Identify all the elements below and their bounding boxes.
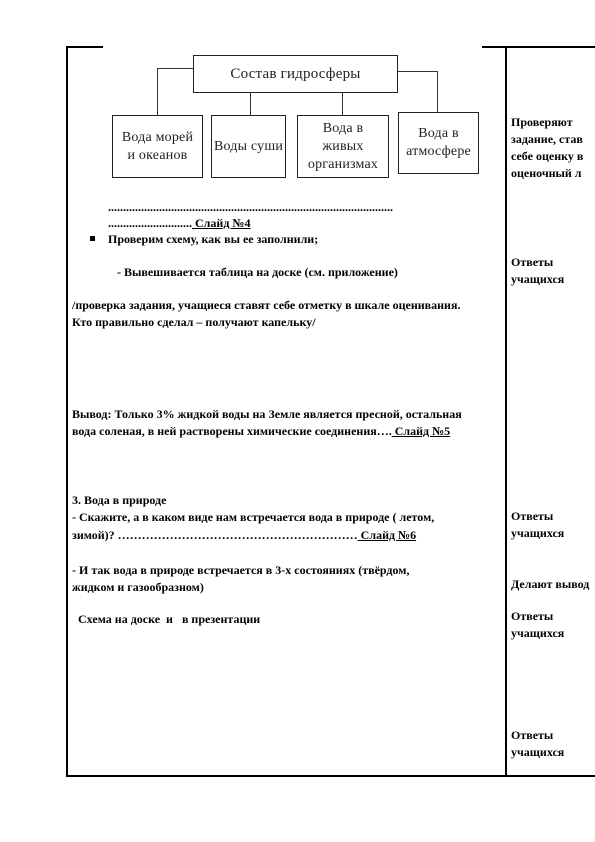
dots-line: ........................................… [108,199,393,216]
side-note-student-answers: Ответы учащихся [511,254,564,288]
diagram-box-label: Вода в живых организмах [301,120,385,174]
side-note-checking: Проверяют задание, став себе оценку в оц… [511,114,583,182]
diagram-title-box: Состав гидросферы [193,55,398,93]
document-page: Состав гидросферы Вода морей и океанов В… [0,0,595,842]
diagram-box-land-waters: Воды суши [211,115,286,178]
diagram-box-living-organisms: Вода в живых организмах [297,115,389,178]
states-line-1: - И так вода в природе встречается в 3-х… [72,562,409,579]
question-line-1: - Скажите, а в каком виде нам встречаетс… [72,509,434,526]
conclusion-label: Вывод: [72,407,112,421]
side-note-line: себе оценку в [511,148,583,165]
side-note-line: учащихся [511,744,564,761]
side-note-conclusion: Делают вывод [511,576,589,593]
dots-text: ........................................… [108,200,393,214]
conclusion-line-1: Вывод: Только 3% жидкой воды на Земле яв… [72,406,462,423]
side-note-student-answers: Ответы учащихся [511,727,564,761]
hang-table-text: - Вывешивается таблица на доске (см. при… [117,264,398,281]
scheme-text: Схема на доске и в презентации [72,611,260,628]
diagram-box-seas: Вода морей и океанов [112,115,203,178]
conclusion-text: Только 3% жидкой воды на Земле является … [112,407,462,421]
side-note-line: учащихся [511,625,564,642]
side-note-line: учащихся [511,525,564,542]
connector-line [437,71,438,112]
connector-line [250,92,251,115]
side-note-student-answers: Ответы учащихся [511,508,564,542]
slide-6-link[interactable]: Слайд №6 [358,528,416,542]
dots-text: ............................ [108,216,192,230]
check-text-line-2: Кто правильно сделал – получают капельку… [72,314,316,331]
diagram-box-label: Вода в атмосфере [406,125,471,161]
side-note-line: Ответы [511,254,564,271]
question-text: зимой)? …………………………………………………… [72,528,358,542]
conclusion-text: вода соленая, в ней растворены химически… [72,424,392,438]
connector-line [157,68,194,69]
connector-line [342,92,343,115]
conclusion-line-2: вода соленая, в ней растворены химически… [72,423,450,440]
bullet-icon [90,236,95,241]
side-note-student-answers: Ответы учащихся [511,608,564,642]
connector-line [157,68,158,115]
slide-5-link[interactable]: Слайд №5 [392,424,450,438]
diagram-title: Состав гидросферы [230,65,360,83]
section-3-title: 3. Вода в природе [72,492,166,509]
slide-4-link[interactable]: Слайд №4 [192,216,250,230]
side-note-line: учащихся [511,271,564,288]
states-line-2: жидком и газообразном) [72,579,204,596]
hydrosphere-diagram: Состав гидросферы Вода морей и океанов В… [0,0,595,200]
slide-4-line: ............................ Слайд №4 [108,215,250,232]
connector-line [397,71,438,72]
side-note-line: Ответы [511,508,564,525]
side-note-line: задание, став [511,131,583,148]
diagram-box-label: Воды суши [214,138,283,156]
side-note-line: Делают вывод [511,576,589,593]
bullet-text: Проверим схему, как вы ее заполнили; [108,231,318,248]
side-note-line: Проверяют [511,114,583,131]
table-border-bottom [66,775,595,777]
question-line-2: зимой)? …………………………………………………… Слайд №6 [72,527,416,544]
side-note-line: оценочный л [511,165,583,182]
diagram-box-atmosphere: Вода в атмосфере [398,112,479,174]
side-note-line: Ответы [511,608,564,625]
check-text-line-1: /проверка задания, учащиеся ставят себе … [72,297,460,314]
side-note-line: Ответы [511,727,564,744]
diagram-box-label: Вода морей и океанов [117,129,198,165]
